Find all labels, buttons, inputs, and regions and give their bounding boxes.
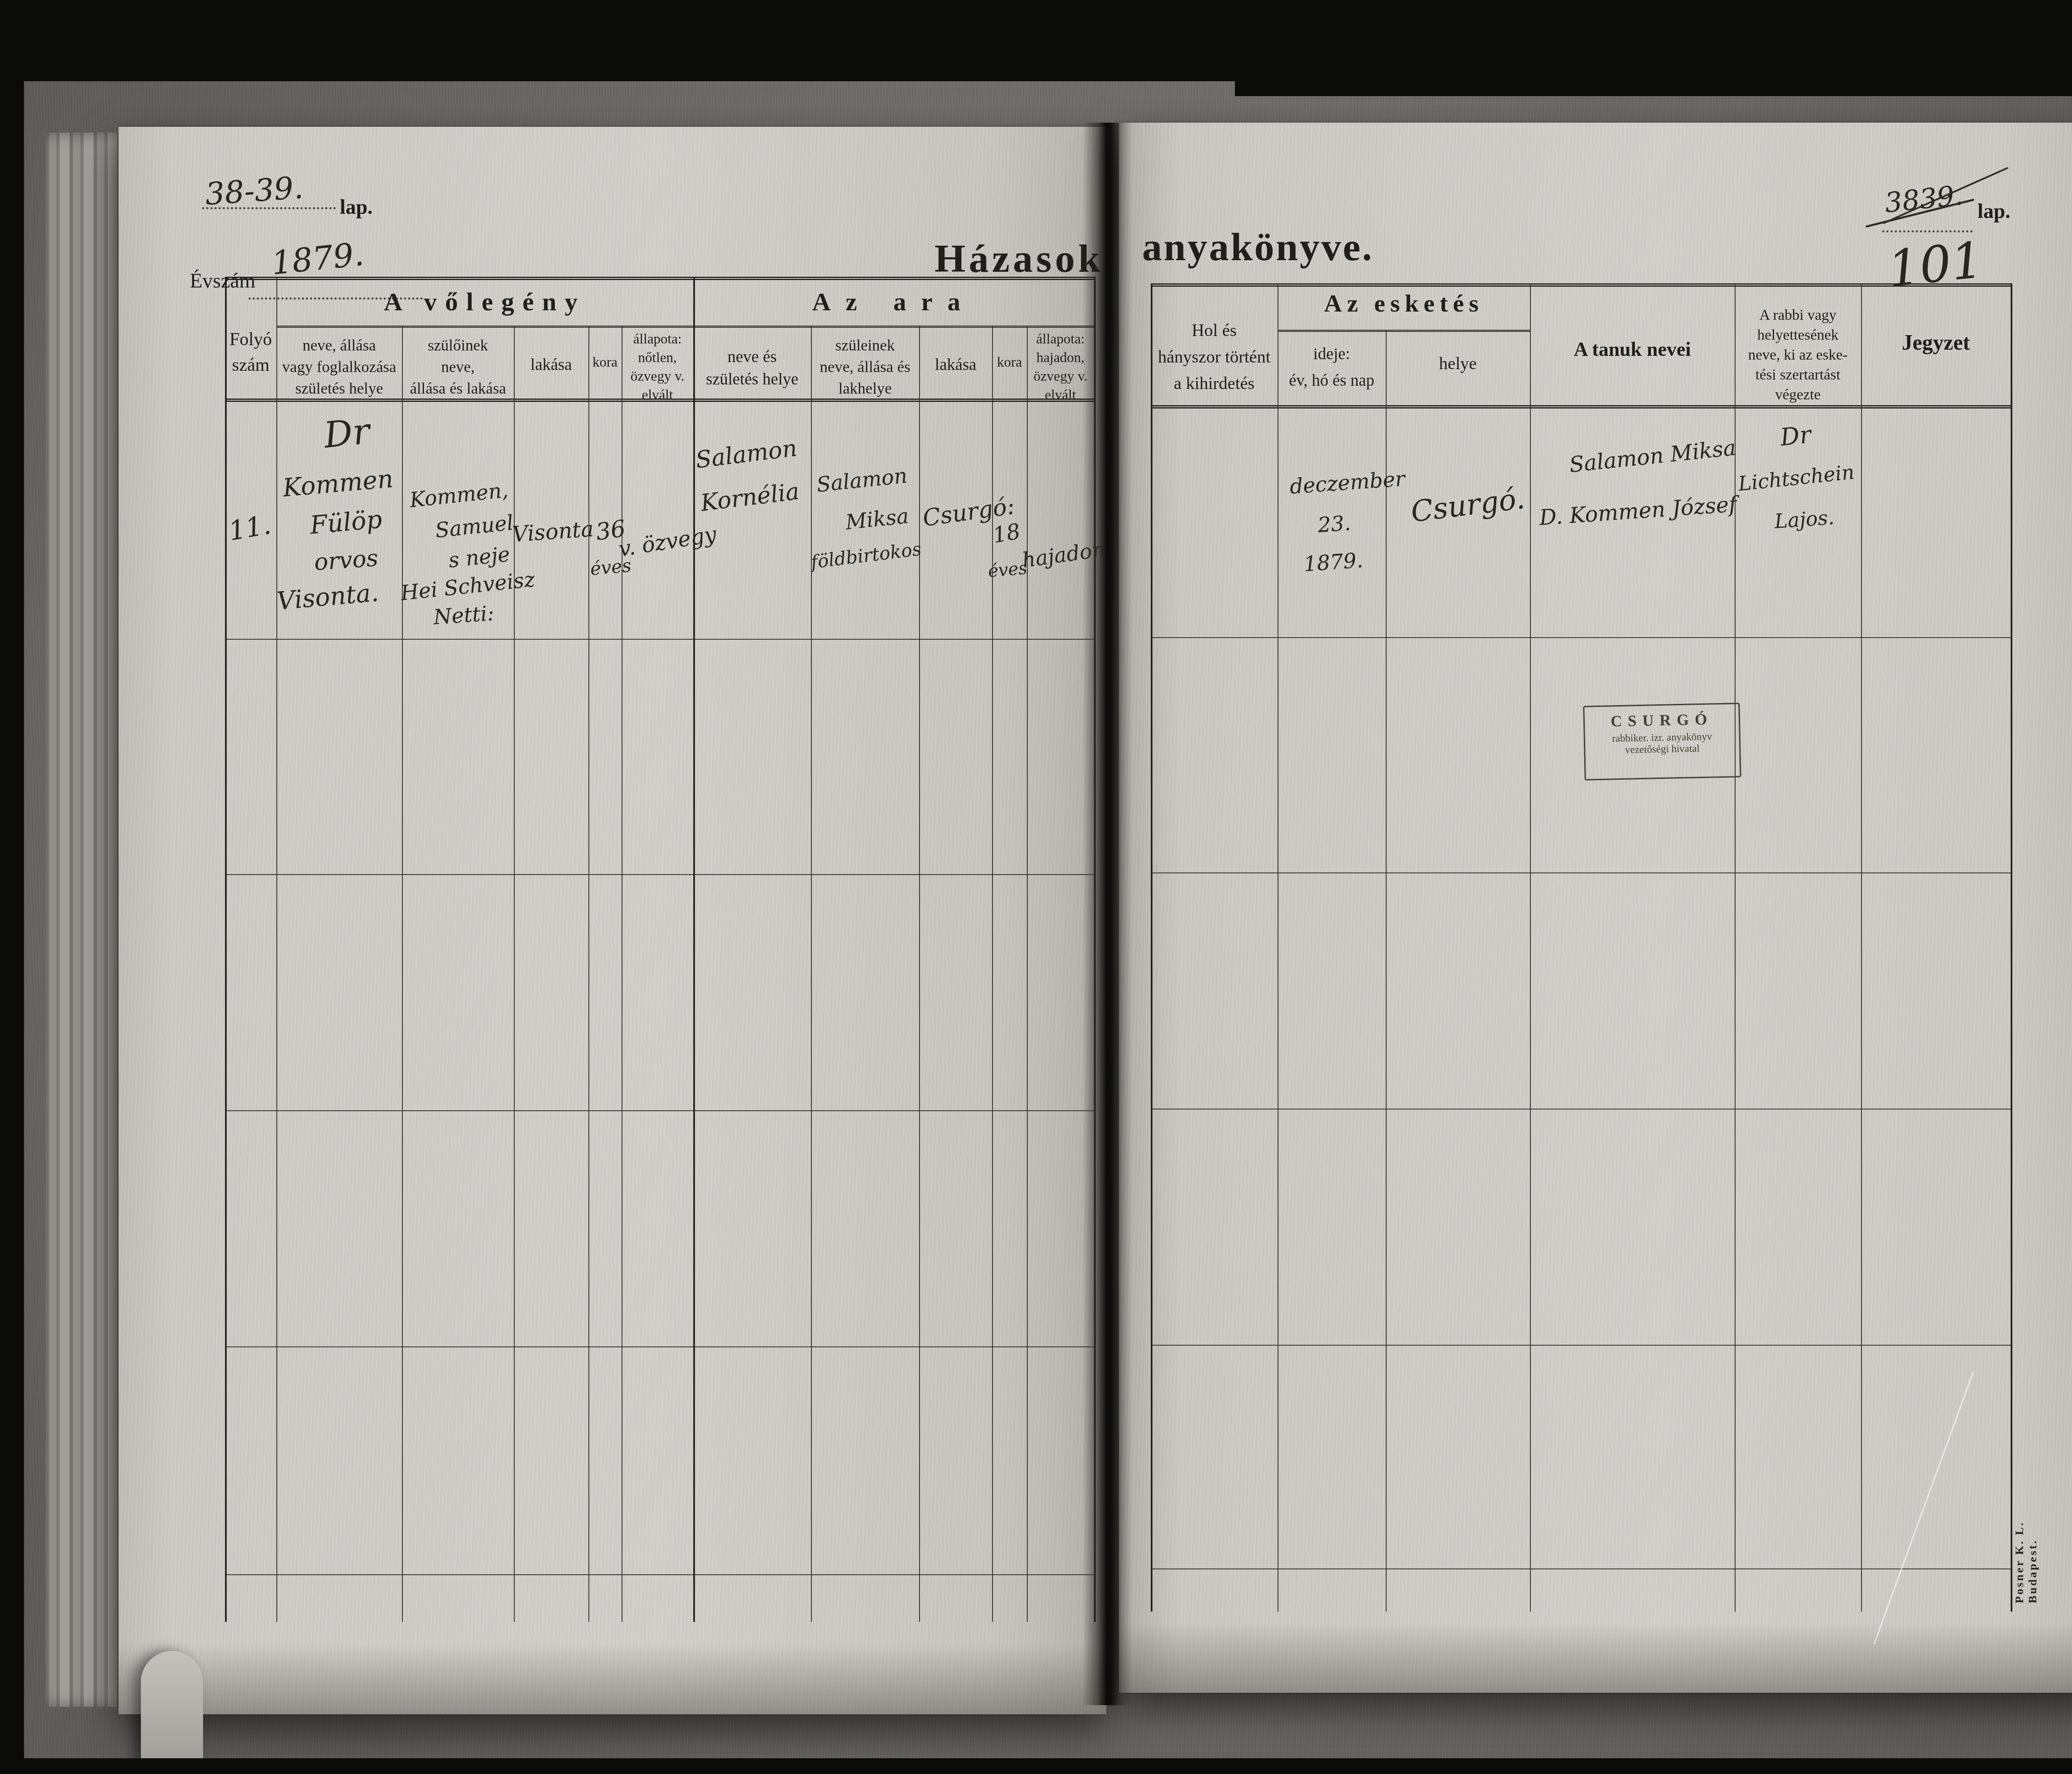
- left-col-line-7: [919, 326, 920, 1622]
- header-bride-parents-col: szüleinek neve, állása és lakhelye: [811, 335, 919, 399]
- right-row-line-3: [1151, 1109, 2011, 1109]
- left-table-top-rule: [225, 277, 1094, 280]
- csurgo-rabbinate-stamp: CSURGÓ rabbiker. izr. anyakönyv vezetősé…: [1583, 703, 1741, 781]
- rabbi-line-3: Lajos.: [1774, 506, 1835, 533]
- register-photo: 38-39. lap. Évszám 1879. Házasok Folyó s…: [0, 0, 2072, 1774]
- right-table-top-rule: [1151, 283, 2011, 287]
- left-lap-label: lap.: [340, 195, 373, 219]
- header-groom-parents-col: szülőinek neve, állása és lakása: [402, 335, 514, 399]
- photo-left-border: [0, 0, 24, 1774]
- groom-title: Dr: [322, 411, 372, 457]
- right-header-bottom-rule: [1151, 405, 2011, 408]
- left-col-line-6: [811, 326, 812, 1622]
- header-esketes-place-col: helye: [1386, 354, 1530, 374]
- groom-name-line-3: orvos: [313, 545, 379, 576]
- header-groom-group: A vőlegény: [276, 288, 693, 317]
- rabbi-line-1: Dr: [1779, 420, 1813, 451]
- header-groom-name-col: neve, állása vagy foglalkozása születés …: [276, 335, 402, 399]
- right-lap-label: lap.: [1978, 199, 2010, 223]
- right-col-line-2: [1386, 330, 1387, 1612]
- esketes-underline: [1278, 330, 1530, 332]
- stamp-town: CSURGÓ: [1585, 710, 1739, 731]
- header-bride-status-col: állapota: hajadon, özvegy v. elvált: [1027, 330, 1094, 404]
- wedding-date-line-2: 23.: [1317, 511, 1351, 537]
- left-table-right-border: [1094, 277, 1096, 1622]
- left-col-line-1: [276, 277, 277, 1622]
- header-kihirdetes-col: Hol és hányszor történt a kihirdetés: [1151, 317, 1278, 397]
- header-groom-residence-col: lakása: [514, 355, 588, 374]
- left-group-divider: [693, 277, 695, 1622]
- folio-note: 101: [1885, 231, 1985, 298]
- header-witnesses-col: A tanuk nevei: [1530, 338, 1735, 361]
- printer-mark: Posner K. L. Budapest.: [2013, 1479, 2040, 1603]
- title-right-word: anyakönyve.: [1142, 224, 1374, 270]
- right-table-right-border: [2011, 283, 2012, 1612]
- right-col-line-4: [1735, 283, 1736, 1612]
- photo-top-border-right: [1235, 0, 2072, 96]
- left-group-underline: [276, 326, 1094, 328]
- right-table-left-border: [1151, 283, 1152, 1612]
- header-bride-age-col: kora: [992, 355, 1027, 370]
- photo-bottom-border: [0, 1758, 2072, 1774]
- left-row-line-5: [225, 1574, 1094, 1575]
- header-folyo-szam: Folyó szám: [225, 326, 276, 378]
- left-page-number-dotted-line: [202, 207, 336, 209]
- right-page-number-dotted-line: [1882, 230, 1973, 232]
- right-row-line-2: [1151, 872, 2011, 873]
- right-col-line-3: [1530, 283, 1531, 1612]
- right-row-line-4: [1151, 1345, 2011, 1346]
- groom-parents-line-5: Netti:: [433, 601, 495, 629]
- header-bride-group: Az ara: [693, 288, 1094, 317]
- evszam-label: Évszám: [190, 268, 255, 292]
- bride-age-number: 18: [991, 519, 1022, 549]
- wedding-date-line-3: 1879.: [1303, 548, 1364, 576]
- left-row-line-1: [225, 639, 1094, 640]
- left-page-stack-edges: [46, 133, 124, 1707]
- left-row-line-3: [225, 1110, 1094, 1111]
- header-esketes-date-col: ideje: év, hó és nap: [1278, 341, 1386, 394]
- header-esketes-group: Az esketés: [1278, 289, 1530, 318]
- left-row-line-4: [225, 1346, 1094, 1347]
- header-rabbi-col: A rabbi vagy helyettesének neve, ki az e…: [1735, 305, 1861, 404]
- left-col-line-9: [1027, 326, 1028, 1622]
- right-row-line-1: [1151, 637, 2011, 638]
- title-left-word: Házasok: [934, 235, 1104, 281]
- right-col-line-5: [1861, 283, 1862, 1612]
- header-groom-age-col: kora: [588, 355, 622, 370]
- right-col-line-1: [1278, 283, 1278, 1612]
- left-col-line-3: [514, 326, 515, 1622]
- header-groom-status-col: állapota: nőtlen, özvegy v. elvált: [622, 330, 693, 404]
- left-col-line-2: [402, 326, 403, 1622]
- page-corner-tab: [141, 1651, 203, 1774]
- bride-age-unit: éves: [987, 558, 1028, 581]
- header-bride-name-col: neve és születés helye: [693, 346, 811, 390]
- left-page-number: 38-39.: [204, 170, 304, 212]
- header-jegyzet-col: Jegyzet: [1861, 331, 2011, 355]
- left-row-line-2: [225, 874, 1094, 875]
- right-row-line-5: [1151, 1569, 2011, 1569]
- header-bride-residence-col: lakása: [919, 355, 992, 374]
- left-table-left-border: [225, 277, 227, 1622]
